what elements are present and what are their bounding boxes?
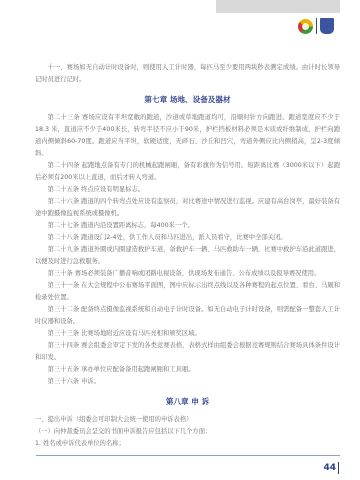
emblem-ring-logo-icon bbox=[298, 19, 313, 34]
appeal-line-1: 一、提出申诉（组委会可印制大会统一使用的申诉表格） bbox=[35, 414, 340, 426]
article-32: 第三十二条 配备终点摄像监视系统和自动电子计时设备。如无自动电子计时设备，则需配… bbox=[35, 304, 340, 328]
article-30: 第三十条 赛场必须装备广播音响或闭路电视设备，供现场发布通告、公布成绩以及报导赛… bbox=[35, 268, 340, 280]
article-35: 第三十五条 承办单位应配备备用起跑闸厢和工具厢。 bbox=[35, 364, 340, 376]
article-34: 第三十四条 赛会组委会审定下发的各类竞赛表格，表格式样由组委会根据竞赛规则结合赛… bbox=[35, 340, 340, 364]
shield-logo-icon bbox=[320, 18, 334, 34]
article-33: 第三十三条 比赛场地附近应设有马匹亮相和颁奖区域。 bbox=[35, 328, 340, 340]
page-number: 44 bbox=[323, 463, 336, 473]
article-23: 第二十三条 赛场应设有平坦宽敞的跑道，沙道或草地跑道均可，沿顺时针方向跑进。跑道… bbox=[35, 112, 340, 160]
chapter-7-title: 第七章 场地、设备及器材 bbox=[35, 94, 340, 106]
page-number-bar bbox=[338, 462, 339, 474]
article-26: 第二十六条 跑道的四个转弯点处应设有监察员，对比赛途中情况进行监视。应建有高台岗… bbox=[35, 196, 340, 220]
article-36: 第三十六条 申诉。 bbox=[35, 376, 340, 388]
logo-divider bbox=[316, 18, 317, 34]
appeal-line-3: 1. 姓名或申诉代表单位的名称； bbox=[35, 438, 340, 450]
article-29: 第二十九条 跑道外圈或内圈建造救护车道，备救护车一辆、马匹救助车一辆，比赛中救护… bbox=[35, 244, 340, 268]
header-logos bbox=[298, 16, 342, 36]
article-25: 第二十五条 终点应设有明显标志。 bbox=[35, 184, 340, 196]
article-31: 第三十一条 在大会规程中公布赛场平面图，图中应标示出终点线以及各种赛程的起点位置… bbox=[35, 280, 340, 304]
article-28: 第二十八条 跑道设门2-4处，供工作人员和马匹进出，派人员看守，比赛中全部关闭。 bbox=[35, 232, 340, 244]
page-content: 十一、赛场如无自动计时设备时，则使用人工计时器，每匹马至少要用两块秒表测定成绩。… bbox=[35, 62, 340, 450]
header-bar bbox=[216, 0, 340, 13]
paragraph: 十一、赛场如无自动计时设备时，则使用人工计时器，每匹马至少要用两块秒表测定成绩。… bbox=[35, 62, 340, 86]
chapter-8-title: 第八章 申 诉 bbox=[35, 396, 340, 408]
article-24: 第二十四条 起跑地点备有专门的机械起跑闸厢，备有彩旗作为信号用。短距离比赛（30… bbox=[35, 160, 340, 184]
appeal-line-2: （一）向仲裁委员会呈交的书面申诉报告应包括以下几个方面： bbox=[35, 426, 340, 438]
footer-rule bbox=[36, 455, 340, 456]
article-27: 第二十七条 跑道内沿设置距离标志，每400米一个。 bbox=[35, 220, 340, 232]
